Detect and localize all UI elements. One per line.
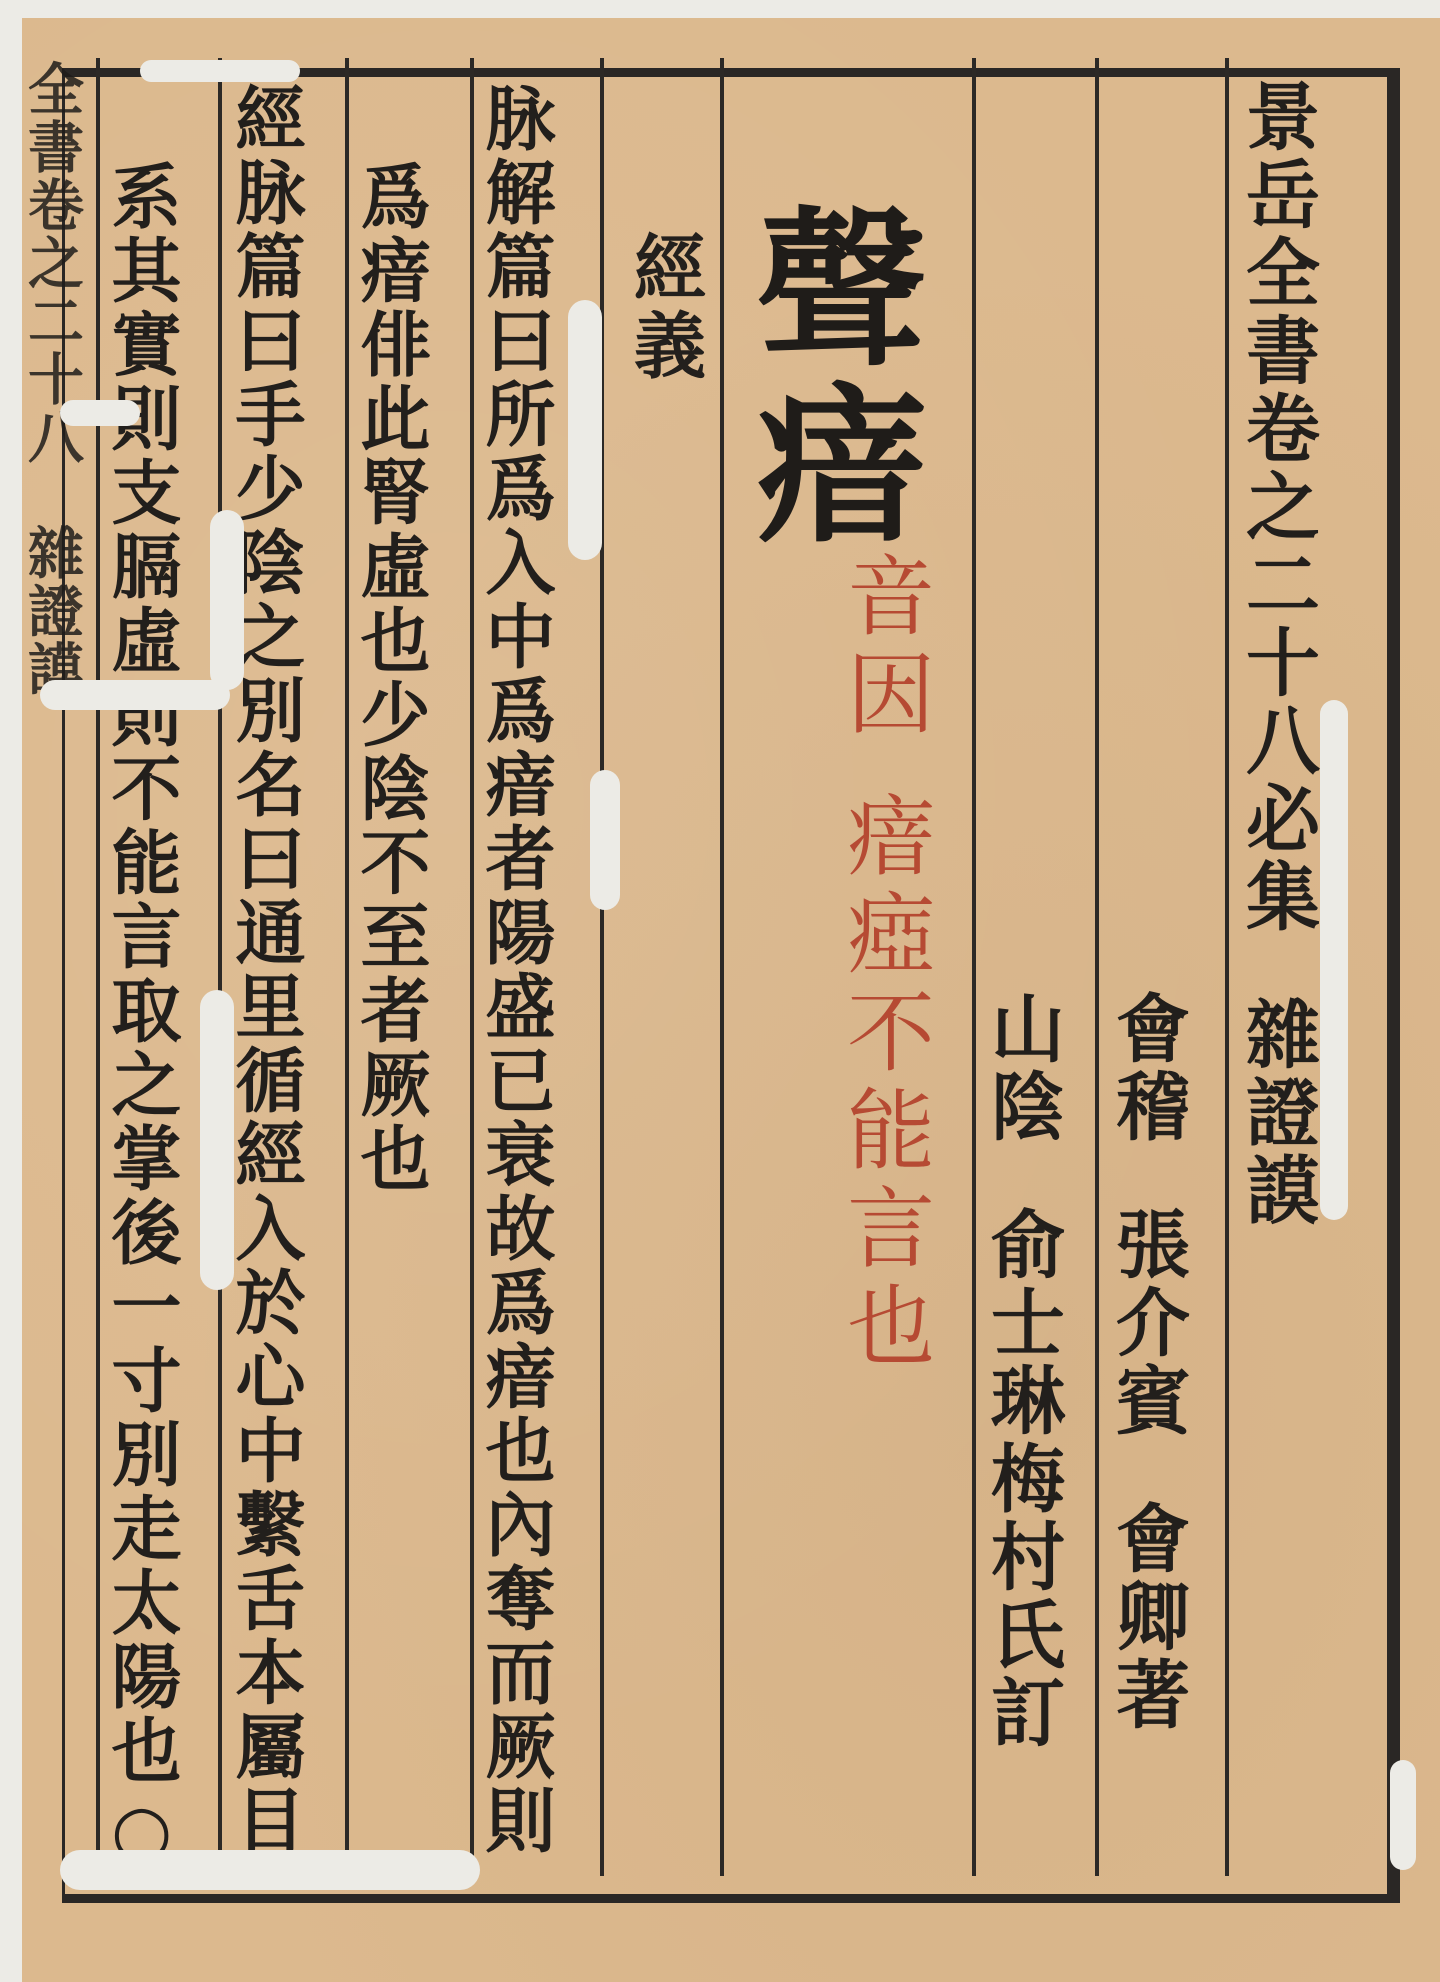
editor-column: 山陰俞士琳梅村氏訂 [985,990,1059,1752]
paper-damage [210,510,244,690]
red-annotation-line1: 音因 [833,550,936,746]
title-column: 景岳全書卷之二十八必集雜證謨 [1240,78,1314,1230]
paper-damage [60,400,140,426]
chapter-heading: 聲瘖 [742,200,912,552]
column-rule [1095,58,1099,1876]
main-text-column-3: 經脉篇曰手少陰之別名曰通里循經入於心中繫舌本屬目 [230,82,300,1858]
paper-damage [40,680,230,710]
author-name: 張介賓 [1104,1206,1190,1440]
column-rule [1225,58,1229,1876]
paper-damage [140,60,300,82]
column-rule [218,58,222,1876]
paper-damage [590,770,620,910]
author-place: 會稽 [1104,990,1190,1146]
section-label: 經義 [612,230,716,386]
book-title: 景岳全書卷之二十八必集 [1234,78,1320,936]
column-rule [972,58,976,1876]
author-courtesy: 會卿著 [1104,1500,1190,1734]
main-text-column-2: 爲瘖俳此腎虛也少陰不至者厥也 [355,160,425,1196]
paper-damage [200,990,234,1290]
editor-name: 俞士琳梅村氏訂 [979,1206,1065,1752]
paper-damage [60,1850,480,1890]
column-rule [720,58,724,1876]
main-text-column-1: 脉解篇曰所爲入中爲瘖者陽盛已衰故爲瘖也內奪而厥則 [480,82,550,1858]
red-annotation: 音因瘖瘂不能言也 [840,550,928,1378]
paper-damage [1320,700,1348,1220]
folded-margin-fragment: 全書卷之二十八 雜證謨 [22,60,92,1060]
paper-damage [568,300,602,560]
author-column: 會稽張介賓會卿著 [1110,990,1184,1734]
section-title: 雜證謨 [1234,996,1320,1230]
paper-damage [1390,1760,1416,1870]
editor-place: 山陰 [979,990,1065,1146]
red-annotation-line2: 瘖瘂不能言也 [840,790,928,1378]
